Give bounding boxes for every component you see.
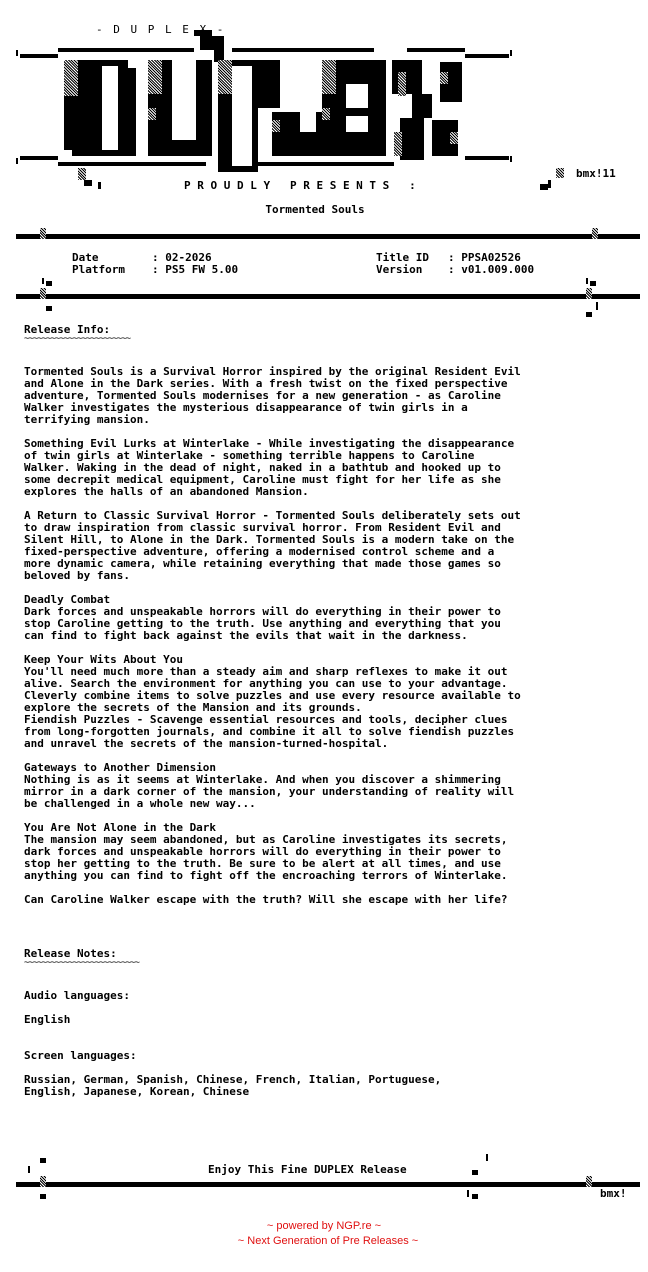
rule-shade: [40, 228, 46, 239]
bottom-rule-left-short: [20, 156, 58, 160]
logo-letter-x: [392, 60, 422, 94]
rule-tick: [16, 158, 18, 164]
rule-shade: [592, 228, 598, 239]
top-rule-right-short: [465, 54, 509, 58]
footer-rule: [16, 1182, 640, 1187]
logo-shade: [322, 60, 336, 94]
logo-hole: [346, 84, 368, 108]
tagline: ~ Next Generation of Pre Releases ~: [4, 1235, 648, 1247]
logo-shade: [440, 72, 448, 84]
rule-shade: [40, 1176, 46, 1187]
release-info-section: Release Info: ~~~~~~~~~~~~~~~~~~~~~~~~ T…: [24, 324, 644, 918]
release-notes-section: Release Notes: ~~~~~~~~~~~~~~~~~~~~~~~~~…: [24, 948, 644, 1098]
decor-dot: [486, 1154, 488, 1161]
platform-value: PS5 FW 5.00: [165, 263, 238, 276]
audio-languages-value: English: [24, 1014, 644, 1026]
logo-x-stroke: [412, 94, 432, 118]
decor-dot: [40, 1194, 46, 1199]
platform-label: Platform: [72, 264, 125, 276]
logo-hole: [300, 112, 316, 132]
logo-notch: [64, 150, 72, 156]
decor-dot: [84, 180, 92, 186]
release-info-paragraph: Gateways to Another Dimension Nothing is…: [24, 762, 644, 810]
logo-shade: [450, 132, 458, 144]
logo-shade: [148, 108, 156, 120]
logo-shade: [148, 60, 162, 94]
logo-shade: [398, 72, 406, 96]
decor-dot: [472, 1170, 478, 1175]
release-info-paragraph: Something Evil Lurks at Winterlake - Whi…: [24, 438, 644, 498]
release-info-paragraph: You Are Not Alone in the Dark The mansio…: [24, 822, 644, 882]
decor-dot: [46, 306, 52, 311]
release-info-paragraph: Keep Your Wits About You You'll need muc…: [24, 654, 644, 750]
powered-by: ~ powered by NGP.re ~: [0, 1220, 648, 1232]
decor-dot: [586, 312, 592, 317]
proudly-presents: P R O U D L Y P R E S E N T S :: [184, 180, 416, 192]
info-rule-bottom: [16, 294, 640, 299]
logo-x-stroke: [400, 118, 424, 160]
decor-dot: [40, 1158, 46, 1163]
decor-shade: [78, 168, 86, 180]
enjoy-line: Enjoy This Fine DUPLEX Release: [208, 1164, 407, 1176]
top-rule-left: [58, 48, 194, 52]
platform-sep: : PS5 FW 5.00: [152, 264, 238, 276]
logo-shade: [394, 132, 402, 156]
rule-shade: [40, 288, 46, 299]
top-rule-left-short: [20, 54, 58, 58]
release-info-paragraph: A Return to Classic Survival Horror - To…: [24, 510, 644, 582]
bottom-rule-left: [58, 162, 206, 166]
decor-dot: [98, 182, 101, 189]
screen-languages-label: Screen languages:: [24, 1050, 644, 1062]
rule-shade: [586, 288, 592, 299]
rule-shade: [586, 1176, 592, 1187]
version-value: v01.009.000: [461, 263, 534, 276]
logo-hole: [102, 66, 118, 150]
decor-dot: [472, 1194, 478, 1199]
decor-dot: [28, 1166, 30, 1173]
release-info-paragraph: Deadly Combat Dark forces and unspeakabl…: [24, 594, 644, 642]
decor-dot: [596, 302, 598, 310]
version-sep: : v01.009.000: [448, 264, 534, 276]
decor-dot: [42, 278, 44, 284]
decor-dot: [590, 281, 596, 286]
logo-hole: [232, 66, 252, 166]
top-rule-mid: [232, 48, 374, 52]
decor-dot: [586, 278, 588, 284]
info-rule-top: [16, 234, 640, 239]
decor-dot: [467, 1190, 469, 1197]
release-title: Tormented Souls: [0, 204, 630, 216]
release-info-paragraph: Can Caroline Walker escape with the trut…: [24, 894, 644, 906]
rule-tick: [510, 156, 512, 162]
bottom-rule-right-short: [465, 156, 509, 160]
audio-languages-label: Audio languages:: [24, 990, 644, 1002]
decor-dot: [46, 281, 52, 286]
logo-hole: [172, 60, 196, 140]
screen-languages-value: Russian, German, Spanish, Chinese, Frenc…: [24, 1074, 644, 1098]
logo-bowl: [258, 60, 280, 108]
artist-tag: bmx!11: [576, 168, 616, 180]
logo-hole: [346, 116, 368, 132]
logo-shade: [272, 120, 280, 132]
version-label: Version: [376, 264, 422, 276]
decor-shade: [556, 168, 564, 178]
footer-artist-tag: bmx!: [600, 1188, 627, 1200]
logo-notch: [128, 60, 136, 68]
logo-shade: [322, 108, 330, 120]
release-info-body: Tormented Souls is a Survival Horror ins…: [24, 366, 644, 906]
top-rule-right: [407, 48, 465, 52]
logo-shade: [64, 60, 78, 96]
bottom-rule-mid: [258, 162, 394, 166]
logo-shade: [218, 60, 232, 94]
release-info-paragraph: Tormented Souls is a Survival Horror ins…: [24, 366, 644, 426]
rule-tick: [16, 50, 18, 56]
decor-dot: [548, 180, 551, 188]
rule-tick: [510, 50, 512, 56]
decor-dot: [540, 184, 548, 190]
